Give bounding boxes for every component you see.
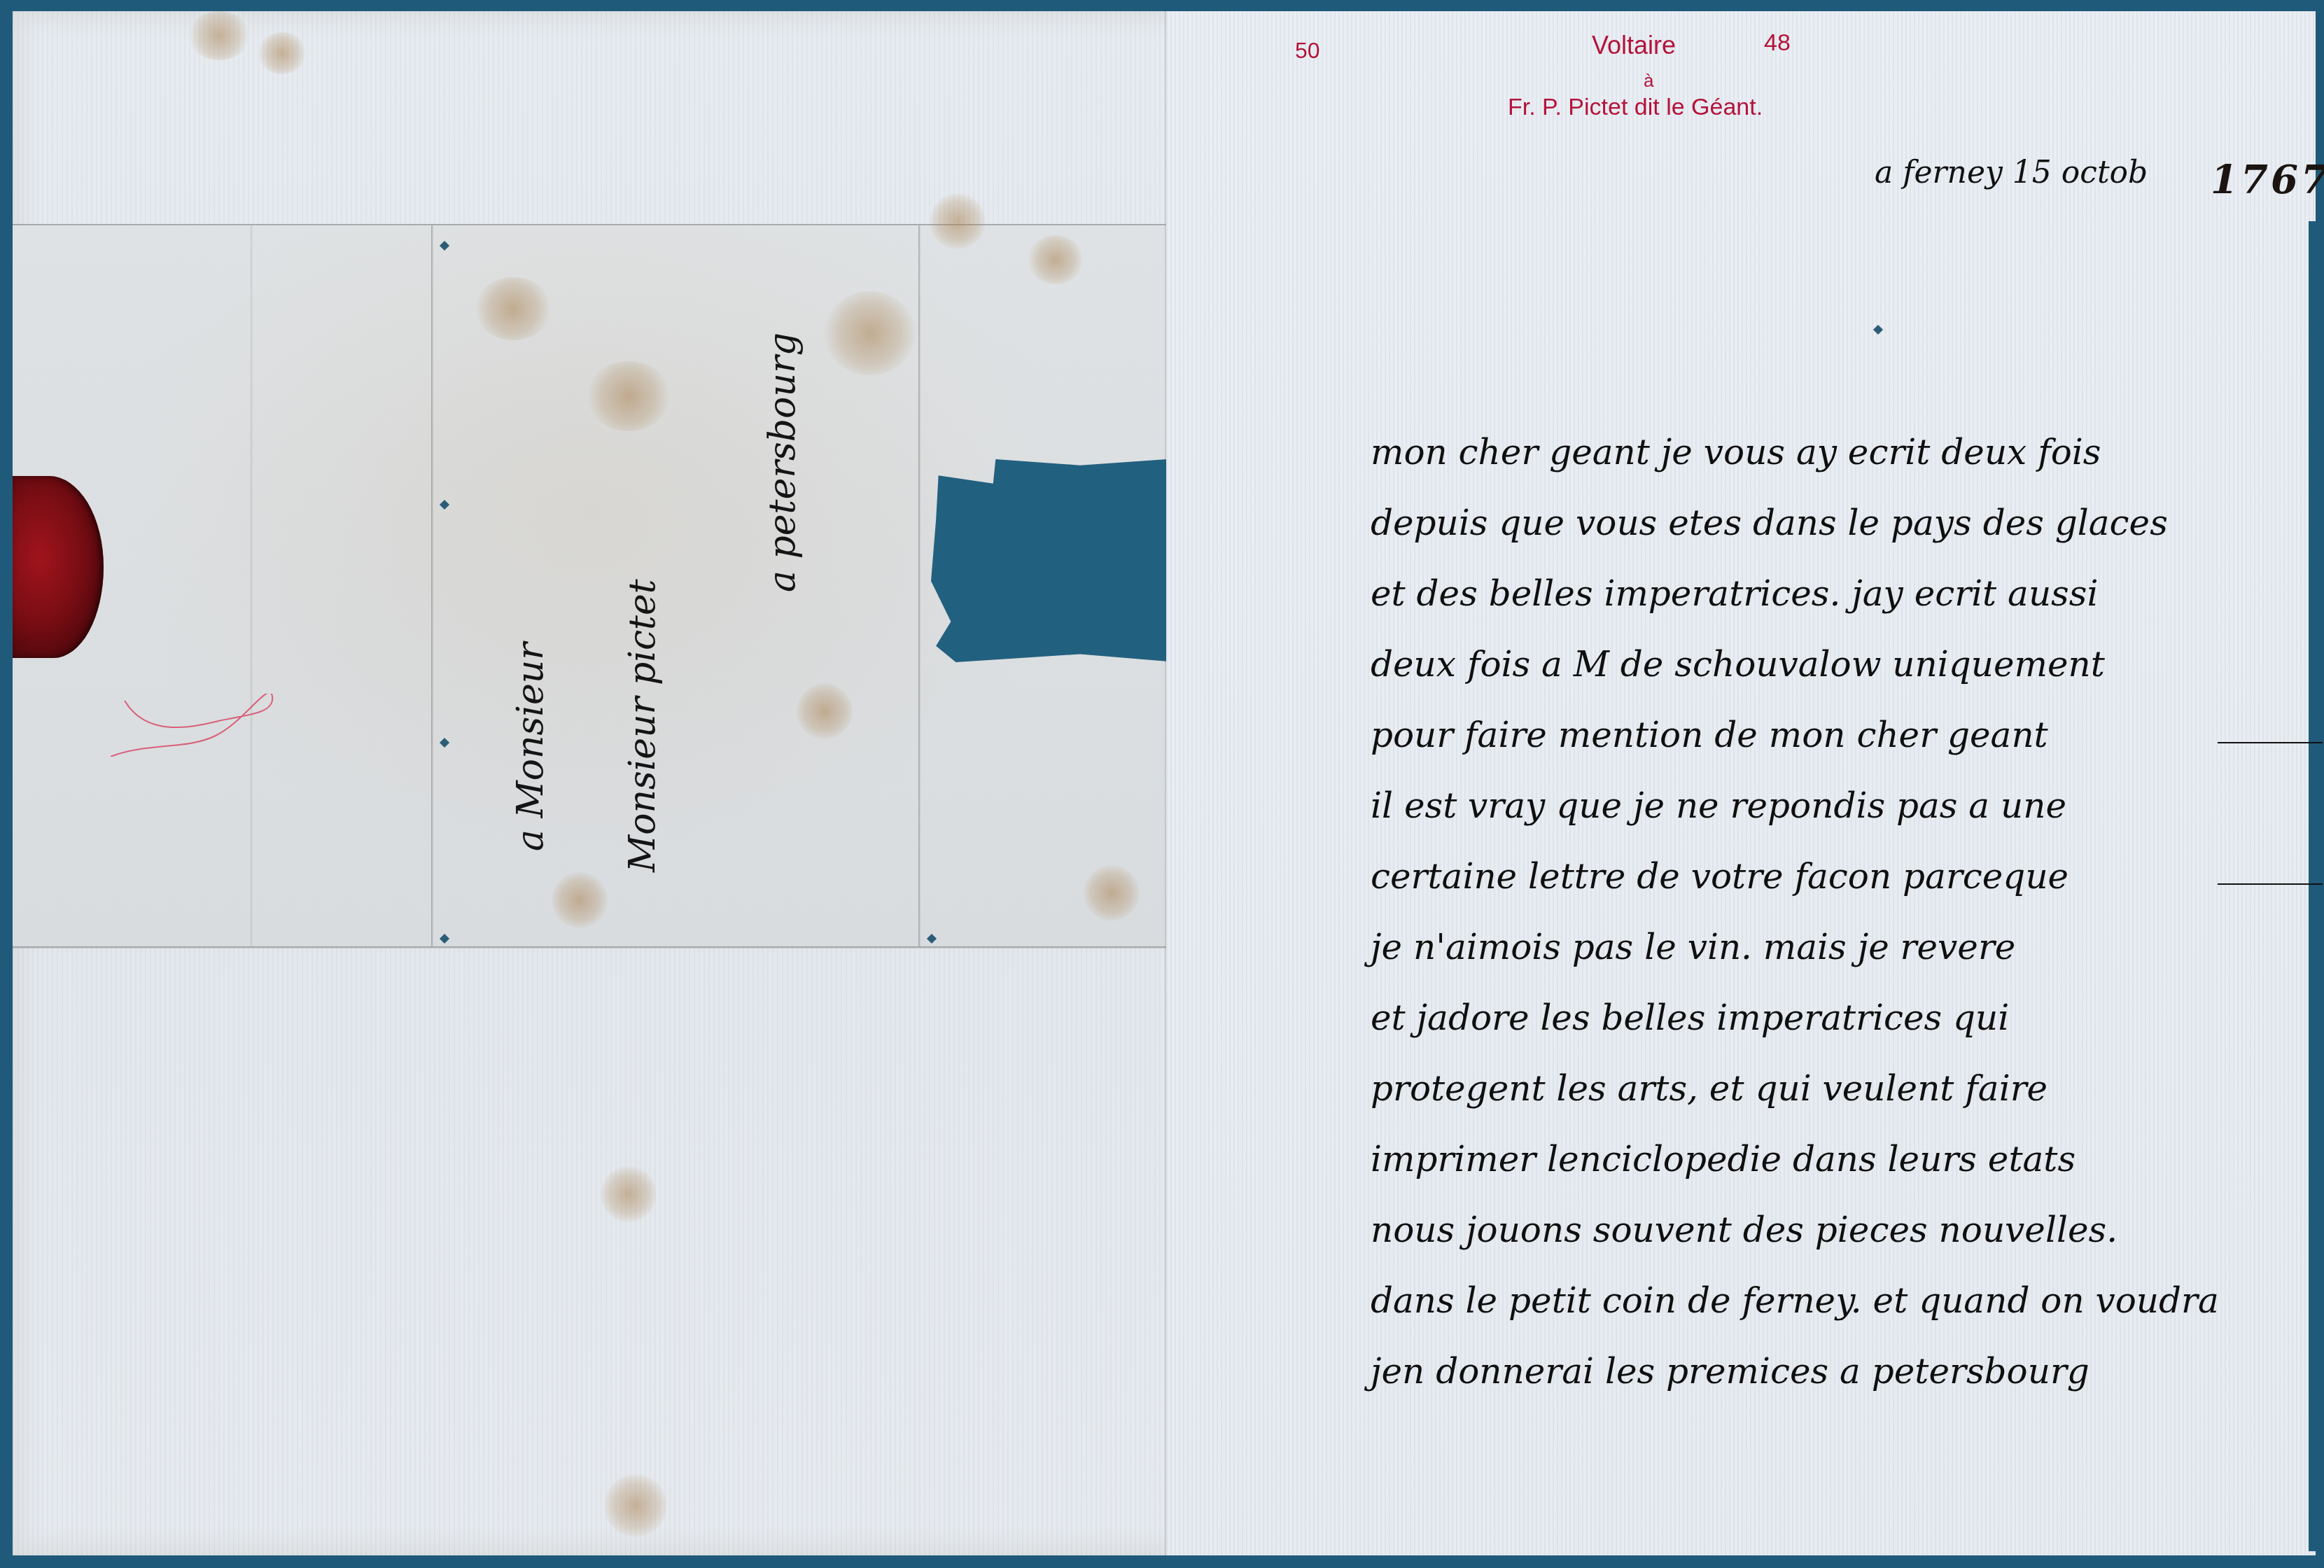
foxing-stain	[188, 11, 251, 60]
letter-line: nous jouons souvent des pieces nouvelles…	[1371, 1195, 2309, 1266]
foxing-stain	[1028, 235, 1084, 284]
letter-line: pour faire mention de mon cher geant	[1371, 700, 2309, 771]
letter-year: 1767	[2211, 157, 2324, 203]
foxing-stain	[930, 193, 986, 249]
letter-line: jen donnerai les premices a petersbourg	[1371, 1336, 2309, 1407]
foxing-stain	[587, 361, 671, 431]
letter-line: imprimer lenciclopedie dans leurs etats	[1371, 1124, 2309, 1195]
letter-line: mon cher geant je vous ay ecrit deux foi…	[1371, 417, 2309, 488]
letter-body: mon cher geant je vous ay ecrit deux foi…	[1371, 417, 2309, 1407]
letter-line: protegent les arts, et qui veulent faire	[1371, 1053, 2309, 1124]
archive-page-number: 50	[1295, 38, 1320, 64]
fold-line-right	[918, 225, 920, 946]
letter-sheet: a Monsieur Monsieur pictet a petersbourg…	[13, 11, 2316, 1555]
letter-line: et jadore les belles imperatrices qui	[1371, 983, 2309, 1053]
archive-preposition: à	[1644, 70, 1653, 92]
letter-line: deux fois a M de schouvalow uniquement	[1371, 629, 2309, 700]
letter-line: dans le petit coin de ferney. et quand o…	[1371, 1266, 2309, 1336]
letter-line: il est vray que je ne repondis pas a une	[1371, 771, 2309, 841]
foxing-stain	[258, 32, 307, 74]
address-line-2: Monsieur pictet	[622, 579, 664, 872]
archive-item-number: 48	[1764, 29, 1791, 57]
letter-line: et des belles imperatrices. jay ecrit au…	[1371, 559, 2309, 629]
letter-dateline: a ferney 15 octob	[1875, 155, 2148, 190]
fold-line-faint	[251, 225, 253, 946]
foxing-stain	[475, 277, 552, 340]
foxing-stain	[825, 291, 916, 375]
foxing-stain	[604, 1474, 667, 1537]
foxing-stain	[601, 1166, 657, 1222]
torn-edge	[2309, 221, 2317, 1551]
archive-recipient: Fr. P. Pictet dit le Géant.	[1508, 94, 1763, 121]
foxing-stain	[797, 683, 853, 739]
letter-line: je n'aimois pas le vin. mais je revere	[1371, 912, 2309, 983]
letter-line: depuis que vous etes dans le pays des gl…	[1371, 488, 2309, 559]
foxing-stain	[552, 872, 608, 928]
red-thread	[104, 694, 286, 757]
letter-line: certaine lettre de votre facon parceque	[1371, 841, 2309, 912]
fold-line-left	[431, 225, 433, 946]
address-line-3: a petersbourg	[762, 332, 804, 592]
torn-hole	[931, 459, 1179, 662]
address-line-1: a Monsieur	[510, 643, 552, 851]
foxing-stain	[1084, 865, 1140, 921]
archive-author: Voltaire	[1592, 31, 1676, 60]
scan-canvas: a Monsieur Monsieur pictet a petersbourg…	[0, 0, 2324, 1568]
fold-line-bottom	[13, 946, 1166, 948]
